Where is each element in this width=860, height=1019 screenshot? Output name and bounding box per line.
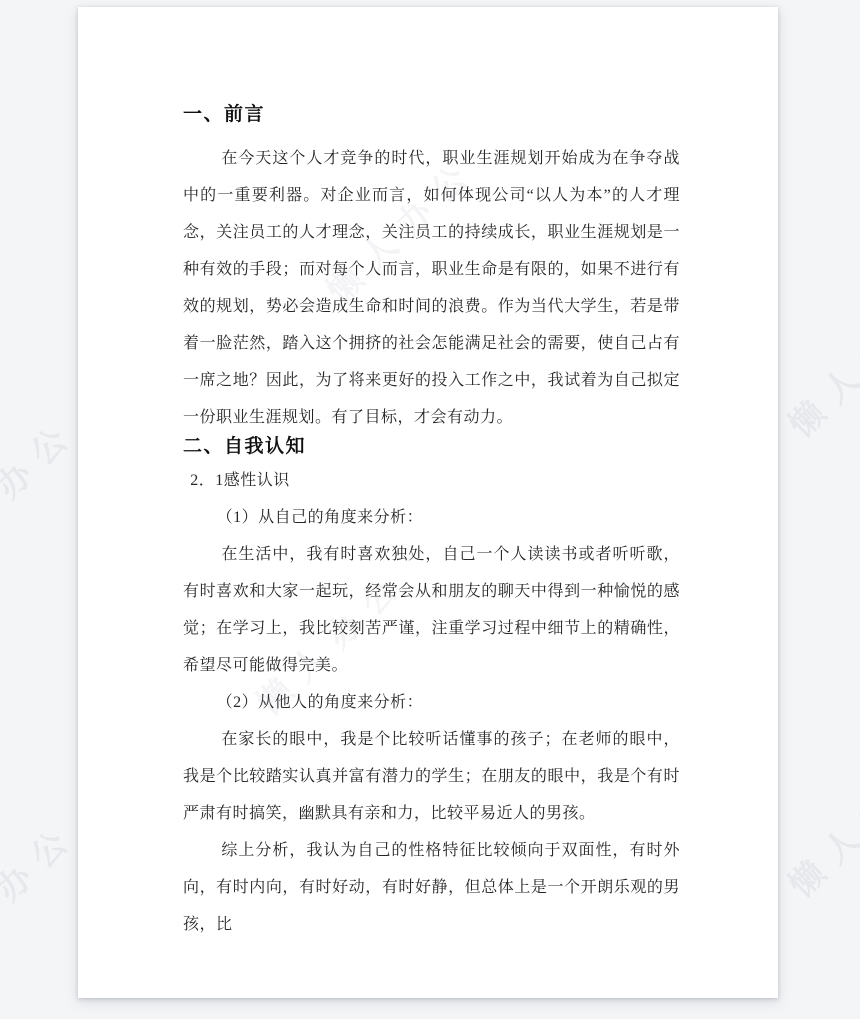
watermark-text: 懒人办公 — [0, 809, 86, 978]
watermark-text: 懒人办公 — [776, 278, 860, 447]
paragraph: 综上分析，我认为自己的性格特征比较倾向于双面性，有时外向，有时内向，有时好动，有… — [183, 832, 680, 943]
document-page: 一、前言在今天这个人才竞争的时代，职业生涯规划开始成为在争夺战中的一重要利器。对… — [78, 7, 778, 998]
list-label: （1）从自己的角度来分析： — [183, 499, 680, 536]
section-heading: 一、前言 — [183, 96, 680, 133]
watermark-text: 懒人办公 — [0, 406, 86, 575]
paragraph: 在生活中，我有时喜欢独处，自己一个人读读书或者听听歌，有时喜欢和大家一起玩，经常… — [183, 536, 680, 684]
paragraph: 在今天这个人才竞争的时代，职业生涯规划开始成为在争夺战中的一重要利器。对企业而言… — [183, 140, 680, 436]
subsection-heading: 2．1感性认识 — [183, 462, 680, 499]
watermark-text: 懒人办公 — [776, 738, 860, 907]
list-label: （2）从他人的角度来分析： — [183, 684, 680, 721]
document-content: 一、前言在今天这个人才竞争的时代，职业生涯规划开始成为在争夺战中的一重要利器。对… — [183, 96, 680, 943]
paragraph: 在家长的眼中，我是个比较听话懂事的孩子；在老师的眼中，我是个比较踏实认真并富有潜… — [183, 721, 680, 832]
document-preview: 一、前言在今天这个人才竞争的时代，职业生涯规划开始成为在争夺战中的一重要利器。对… — [0, 0, 860, 1019]
